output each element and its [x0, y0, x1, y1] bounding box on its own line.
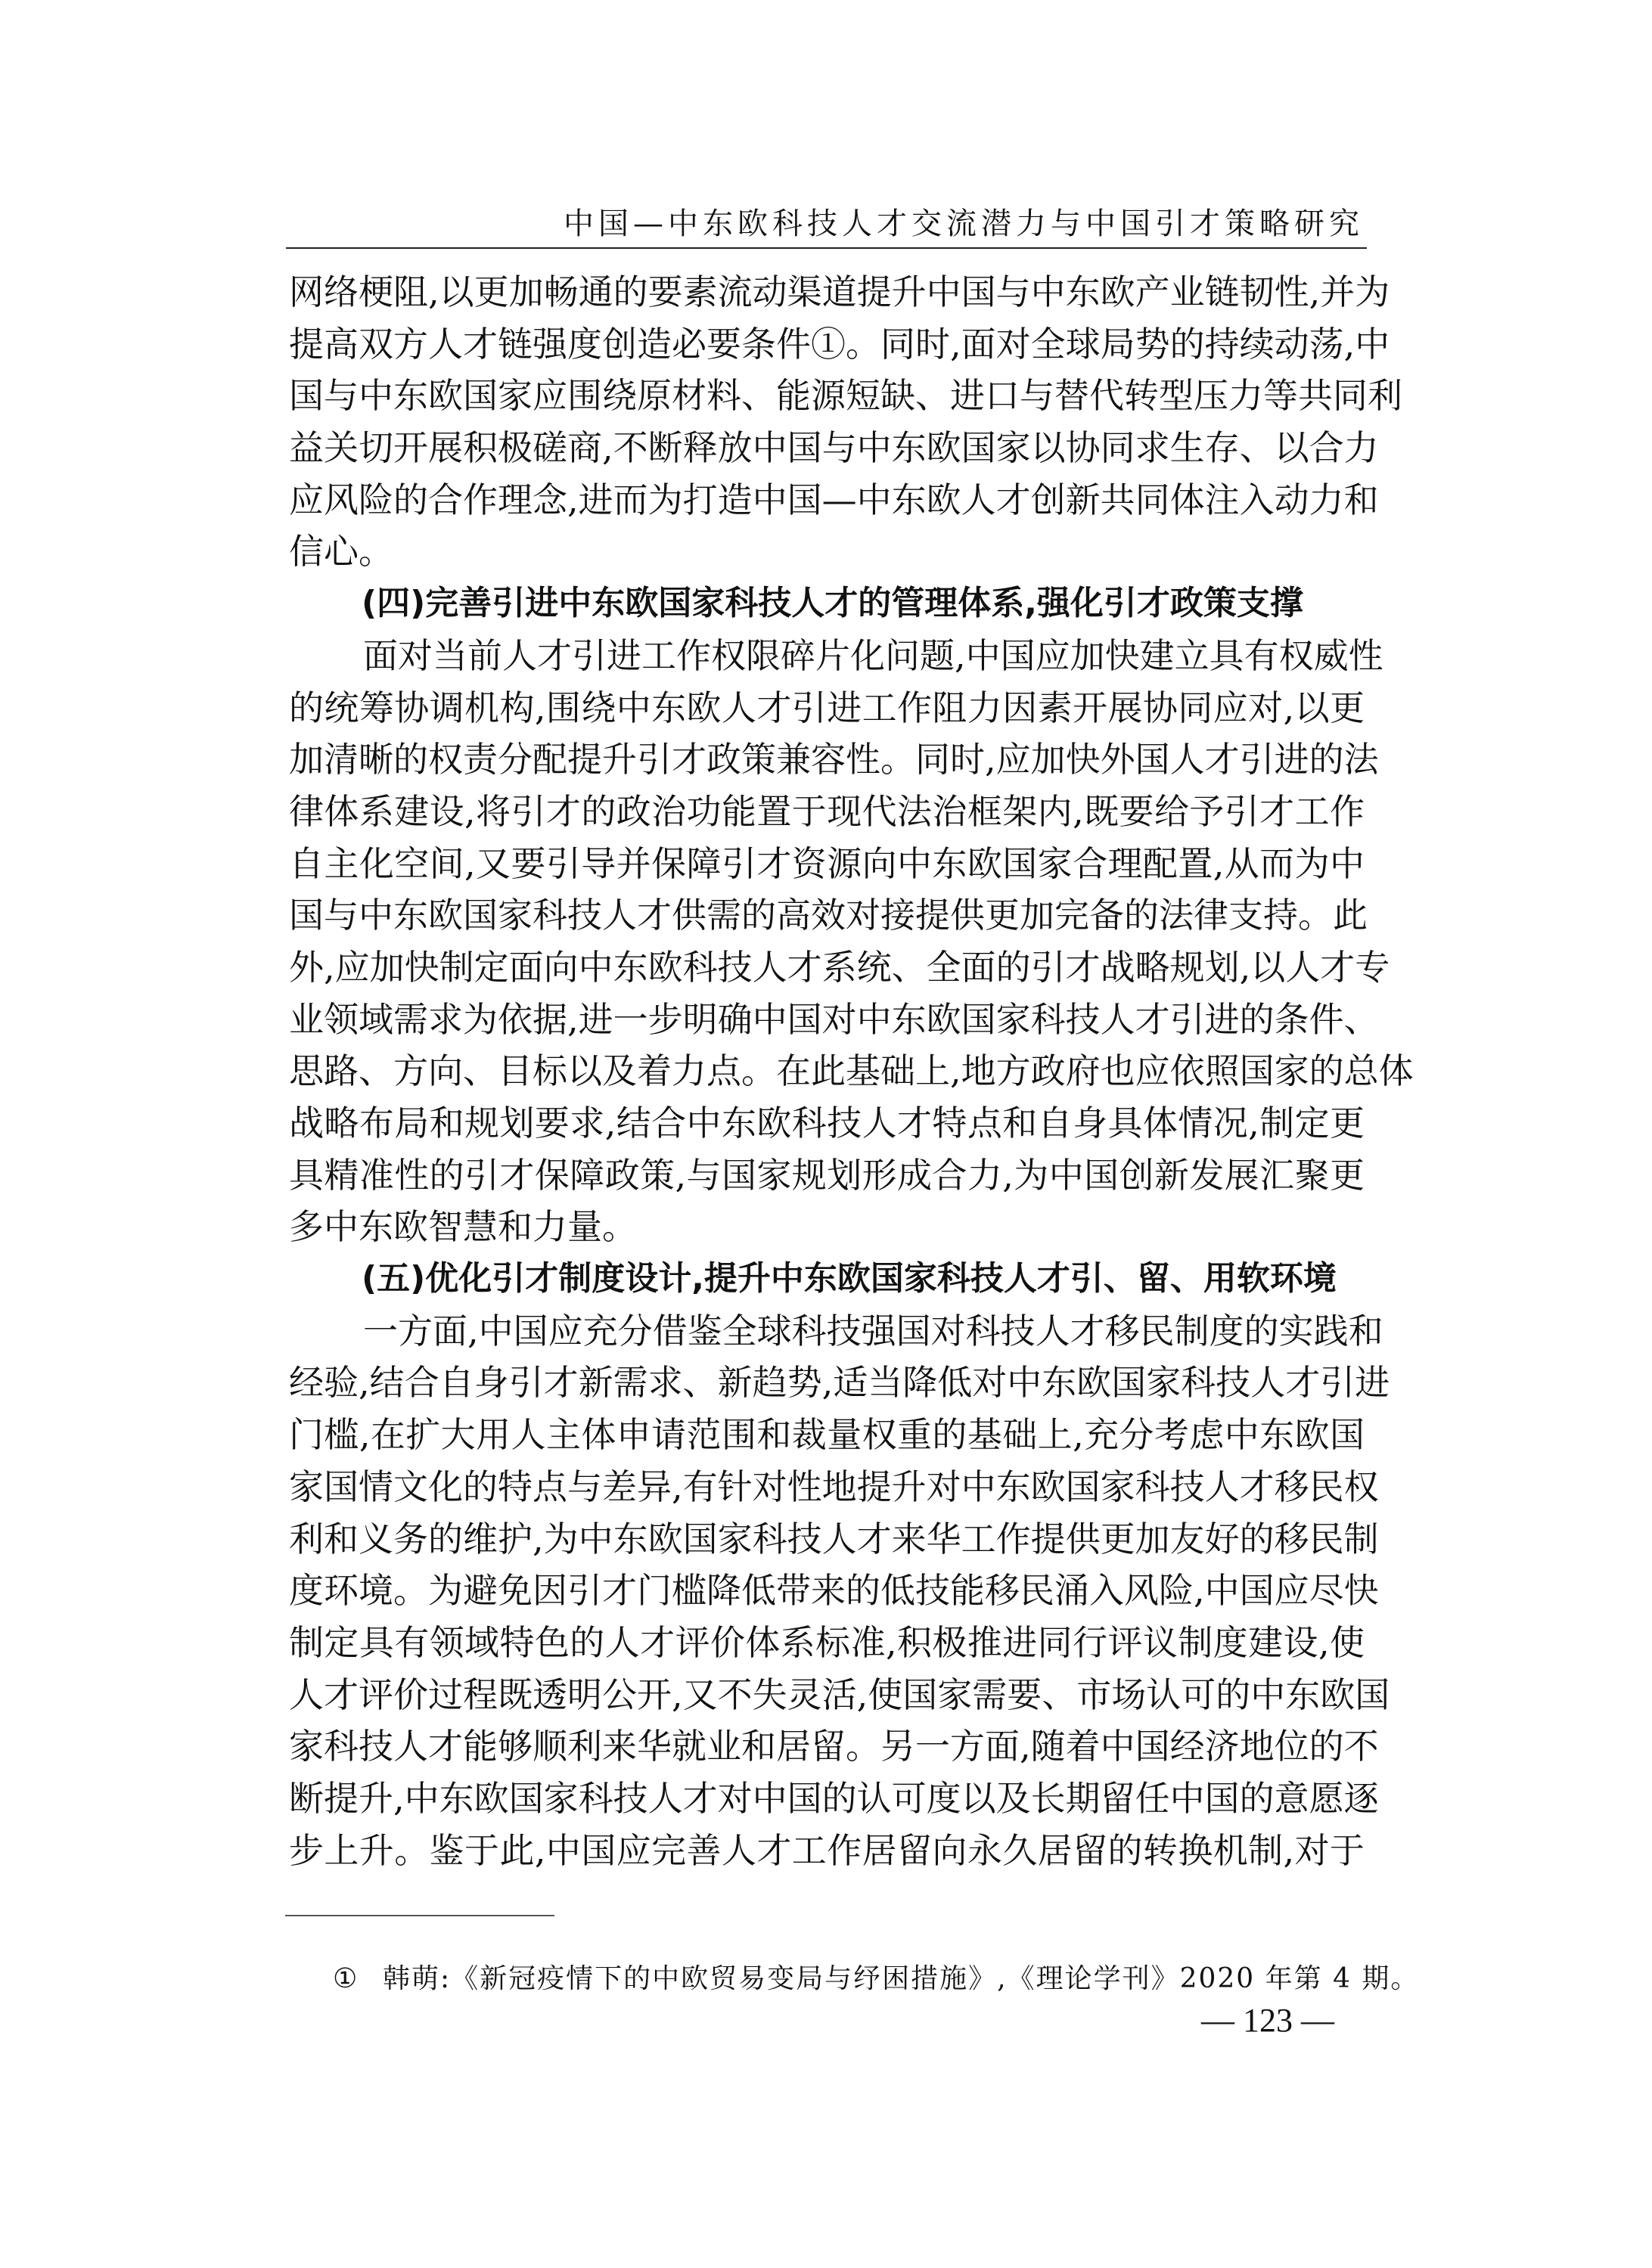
text-line: 信心。: [289, 526, 1365, 578]
text-line: 具精准性的引才保障政策,与国家规划形成合力,为中国创新发展汇聚更: [289, 1150, 1365, 1202]
section-heading-5: (五)优化引才制度设计,提升中东欧国家科技人才引、留、用软环境: [289, 1253, 1365, 1305]
section-heading-4: (四)完善引进中东欧国家科技人才的管理体系,强化引才政策支撑: [289, 578, 1365, 630]
text-line: 断提升,中东欧国家科技人才对中国的认可度以及长期留任中国的意愿逐: [289, 1773, 1365, 1825]
body-text: 网络梗阻,以更加畅通的要素流动渠道提升中国与中东欧产业链韧性,并为 提高双方人才…: [289, 266, 1365, 1876]
text-line: 律体系建设,将引才的政治功能置于现代法治框架内,既要给予引才工作: [289, 786, 1365, 838]
text-line: 业领域需求为依据,进一步明确中国对中东欧国家科技人才引进的条件、: [289, 994, 1365, 1046]
text-line: 家科技人才能够顺利来华就业和居留。另一方面,随着中国经济地位的不: [289, 1720, 1365, 1773]
text-line: 应风险的合作理念,进而为打造中国—中东欧人才创新共同体注入动力和: [289, 474, 1365, 526]
text-line: 外,应加快制定面向中东欧科技人才系统、全面的引才战略规划,以人才专: [289, 942, 1365, 994]
text-line: 利和义务的维护,为中东欧国家科技人才来华工作提供更加友好的移民制: [289, 1513, 1365, 1565]
text-line: 网络梗阻,以更加畅通的要素流动渠道提升中国与中东欧产业链韧性,并为: [289, 266, 1365, 318]
text-line: 加清晰的权责分配提升引才政策兼容性。同时,应加快外国人才引进的法: [289, 734, 1365, 786]
text-line: 经验,结合自身引才新需求、新趋势,适当降低对中东欧国家科技人才引进: [289, 1357, 1365, 1409]
text-line: 自主化空间,又要引导并保障引才资源向中东欧国家合理配置,从而为中: [289, 838, 1365, 890]
footnote: ①韩萌:《新冠疫情下的中欧贸易变局与纾困措施》,《理论学刊》2020 年第 4 …: [333, 1957, 1419, 1996]
text-line: 度环境。为避免因引才门槛降低带来的低技能移民涌入风险,中国应尽快: [289, 1565, 1365, 1617]
text-line: 家国情文化的特点与差异,有针对性地提升对中东欧国家科技人才移民权: [289, 1461, 1365, 1513]
text-line: 国与中东欧国家应围绕原材料、能源短缺、进口与替代转型压力等共同利: [289, 370, 1365, 422]
text-line: 门槛,在扩大用人主体申请范围和裁量权重的基础上,充分考虑中东欧国: [289, 1409, 1365, 1461]
text-line: 的统筹协调机构,围绕中东欧人才引进工作阻力因素开展协同应对,以更: [289, 682, 1365, 734]
running-head-title: 中国—中东欧科技人才交流潜力与中国引才策略研究: [564, 200, 1364, 243]
text-line: 步上升。鉴于此,中国应完善人才工作居留向永久居留的转换机制,对于: [289, 1825, 1365, 1877]
text-line: 多中东欧智慧和力量。: [289, 1201, 1365, 1253]
text-line: 国与中东欧国家科技人才供需的高效对接提供更加完备的法律支持。此: [289, 889, 1365, 942]
footnote-divider: [285, 1915, 554, 1916]
text-line: 制定具有领域特色的人才评价体系标准,积极推进同行评议制度建设,使: [289, 1617, 1365, 1669]
text-line: 战略布局和规划要求,结合中东欧科技人才特点和自身具体情况,制定更: [289, 1097, 1365, 1150]
text-line: 人才评价过程既透明公开,又不失灵活,使国家需要、市场认可的中东欧国: [289, 1669, 1365, 1721]
text-line: 思路、方向、目标以及着力点。在此基础上,地方政府也应依照国家的总体: [289, 1045, 1365, 1097]
text-line: 提高双方人才链强度创造必要条件①。同时,面对全球局势的持续动荡,中: [289, 318, 1365, 371]
footnote-text: 韩萌:《新冠疫情下的中欧贸易变局与纾困措施》,《理论学刊》2020 年第 4 期…: [383, 1963, 1419, 1994]
running-head: 中国—中东欧科技人才交流潜力与中国引才策略研究: [286, 198, 1367, 249]
text-line: 益关切开展积极磋商,不断释放中国与中东欧国家以协同求生存、以合力: [289, 422, 1365, 474]
page-number: — 123 —: [1201, 2001, 1334, 2040]
text-line: 面对当前人才引进工作权限碎片化问题,中国应加快建立具有权威性: [289, 630, 1365, 682]
text-line: 一方面,中国应充分借鉴全球科技强国对科技人才移民制度的实践和: [289, 1305, 1365, 1357]
footnote-marker: ①: [333, 1963, 383, 1994]
